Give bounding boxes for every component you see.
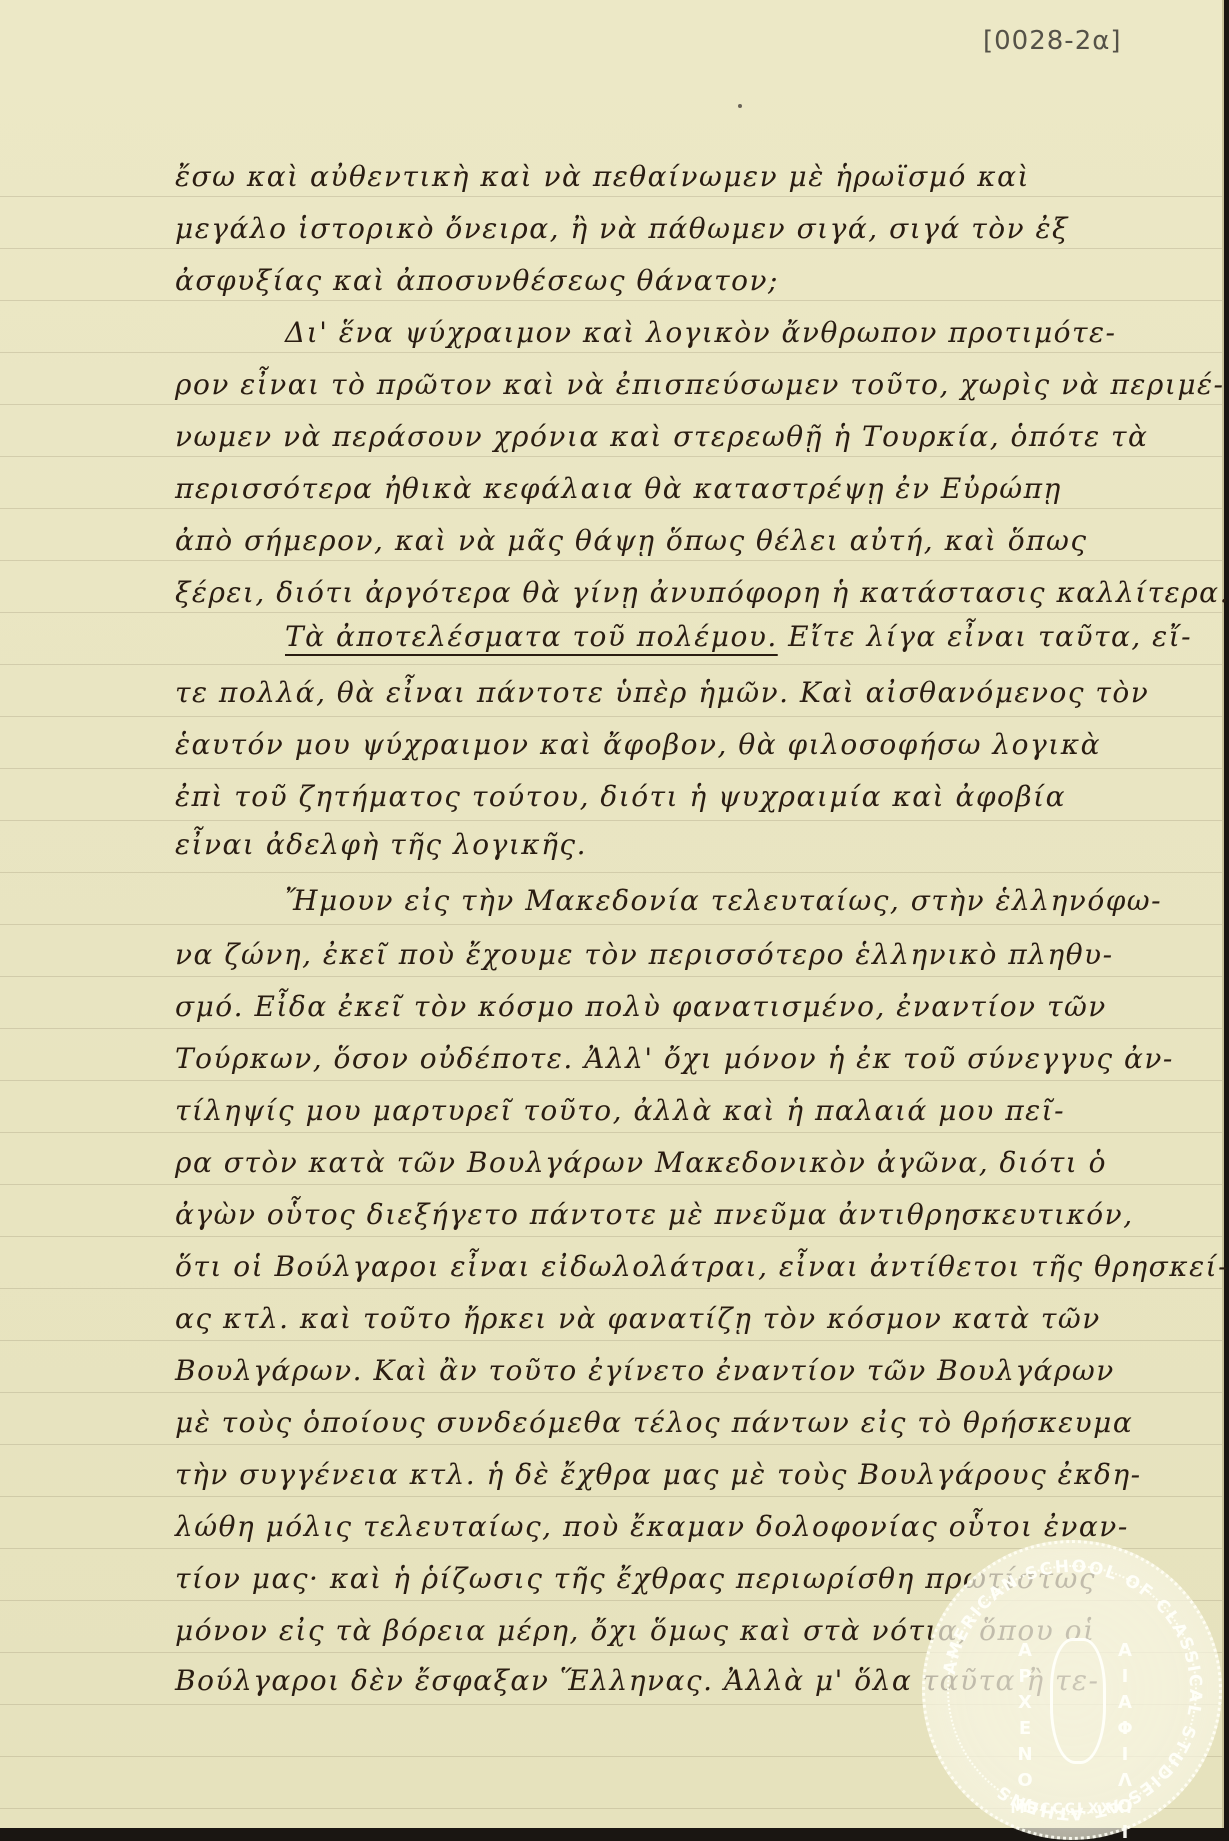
amphora-icon <box>1050 1638 1106 1764</box>
archive-id-label: [0028-2α] <box>983 26 1122 56</box>
text-line-15: Ἤμουν εἰς τὴν Μακεδονία τελευταίως, στὴν… <box>285 884 1142 917</box>
text-line-2: μεγάλο ἱστορικὸ ὄνειρα, ἢ νὰ πάθωμεν σιγ… <box>175 212 1142 245</box>
ruling-line <box>0 196 1222 197</box>
ink-dot <box>738 104 742 108</box>
ruling-line <box>0 976 1222 977</box>
ruling-line <box>0 1236 1222 1237</box>
text-line-11: τε πολλά, θὰ εἶναι πάντοτε ὑπὲρ ἡμῶν. Κα… <box>175 676 1142 709</box>
ruling-line <box>0 352 1222 353</box>
ruling-line <box>0 1184 1222 1185</box>
ruling-line <box>0 404 1222 405</box>
ruling-line <box>0 664 1222 665</box>
ruling-line <box>0 820 1222 821</box>
text-line-18: Τούρκων, ὅσον οὐδέποτε. Ἀλλ' ὄχι μόνον ἡ… <box>175 1042 1142 1075</box>
ruling-line <box>0 456 1222 457</box>
text-line-8: ἀπὸ σήμερον, καὶ νὰ μᾶς θάψῃ ὅπως θέλει … <box>175 524 1142 557</box>
ruling-line <box>0 508 1222 509</box>
ruling-line <box>0 768 1222 769</box>
ruling-line <box>0 1444 1222 1445</box>
section-heading-line: Τὰ ἀποτελέσματα τοῦ πολέμου. Εἴτε λίγα ε… <box>285 620 1142 653</box>
ruling-line <box>0 716 1222 717</box>
section-heading: Τὰ ἀποτελέσματα τοῦ πολέμου. <box>285 620 778 653</box>
ruling-line <box>0 1496 1222 1497</box>
ruling-line <box>0 612 1222 613</box>
ruling-line <box>0 1340 1222 1341</box>
ruling-line <box>0 924 1222 925</box>
text-line-1: ἔσω καὶ αὐθεντικὴ καὶ νὰ πεθαίνωμεν μὲ ἡ… <box>175 160 1142 193</box>
manuscript-page: [0028-2α] ἔσω καὶ αὐθεντικὴ καὶ νὰ πεθαί… <box>0 0 1224 1828</box>
institution-seal-stamp: AMERICAN SCHOOL OF CLASSICAL STUDIES AT … <box>922 1540 1222 1840</box>
text-line-20: ρα στὸν κατὰ τῶν Βουλγάρων Μακεδονικὸν ἀ… <box>175 1146 1142 1179</box>
ruling-line <box>0 1028 1222 1029</box>
text-line-24: Βουλγάρων. Καὶ ἂν τοῦτο ἐγίνετο ἐναντίον… <box>175 1354 1142 1387</box>
seal-left-letters: ΑΡΧΕΝΟΥ <box>1010 1638 1040 1820</box>
ruling-line <box>0 1132 1222 1133</box>
text-line-17: σμό. Εἶδα ἐκεῖ τὸν κόσμο πολὺ φανατισμέν… <box>175 990 1142 1023</box>
text-line-6: νωμεν νὰ περάσουν χρόνια καὶ στερεωθῇ ἡ … <box>175 420 1142 453</box>
text-line-5: ρον εἶναι τὸ πρῶτον καὶ νὰ ἐπισπεύσωμεν … <box>175 368 1142 401</box>
text-line-3: ἀσφυξίας καὶ ἀποσυνθέσεως θάνατον; <box>175 264 1142 297</box>
ruling-line <box>0 560 1222 561</box>
text-line-13: ἐπὶ τοῦ ζητήματος τούτου, διότι ἡ ψυχραι… <box>175 780 1142 813</box>
heading-continuation: Εἴτε λίγα εἶναι ταῦτα, εἴ- <box>778 620 1192 653</box>
text-line-23: ας κτλ. καὶ τοῦτο ἤρκει νὰ φανατίζῃ τὸν … <box>175 1302 1142 1335</box>
text-line-4: Δι' ἕνα ψύχραιμον καὶ λογικὸν ἄνθρωπον π… <box>285 316 1142 349</box>
text-line-22: ὅτι οἱ Βούλγαροι εἶναι εἰδωλολάτραι, εἶν… <box>175 1250 1142 1283</box>
ruling-line <box>0 872 1222 873</box>
ruling-line <box>0 1392 1222 1393</box>
text-line-25: μὲ τοὺς ὁποίους συνδεόμεθα τέλος πάντων … <box>175 1406 1142 1439</box>
text-line-12: ἑαυτόν μου ψύχραιμον καὶ ἄφοβον, θὰ φιλο… <box>175 728 1142 761</box>
text-line-16: να ζώνη, ἐκεῖ ποὺ ἔχουμε τὸν περισσότερο… <box>175 938 1142 971</box>
text-line-26: τὴν συγγένεια κτλ. ἡ δὲ ἔχθρα μας μὲ τοὺ… <box>175 1458 1142 1491</box>
text-line-21: ἀγὼν οὗτος διεξήγετο πάντοτε μὲ πνεῦμα ἀ… <box>175 1198 1142 1231</box>
ruling-line <box>0 248 1222 249</box>
text-line-27: λώθη μόλις τελευταίως, ποὺ ἔκαμαν δολοφο… <box>175 1510 1142 1543</box>
text-line-9: ξέρει, διότι ἀργότερα θὰ γίνῃ ἀνυπόφορη … <box>175 576 1142 609</box>
ruling-line <box>0 1288 1222 1289</box>
ruling-line <box>0 300 1222 301</box>
text-line-14: εἶναι ἀδελφὴ τῆς λογικῆς. <box>175 828 1142 861</box>
seal-date: MDCCCLXXXI <box>925 1801 1219 1817</box>
ruling-line <box>0 1080 1222 1081</box>
text-line-19: τίληψίς μου μαρτυρεῖ τοῦτο, ἀλλὰ καὶ ἡ π… <box>175 1094 1142 1127</box>
text-line-7: περισσότερα ἠθικὰ κεφάλαια θὰ καταστρέψῃ… <box>175 472 1142 505</box>
